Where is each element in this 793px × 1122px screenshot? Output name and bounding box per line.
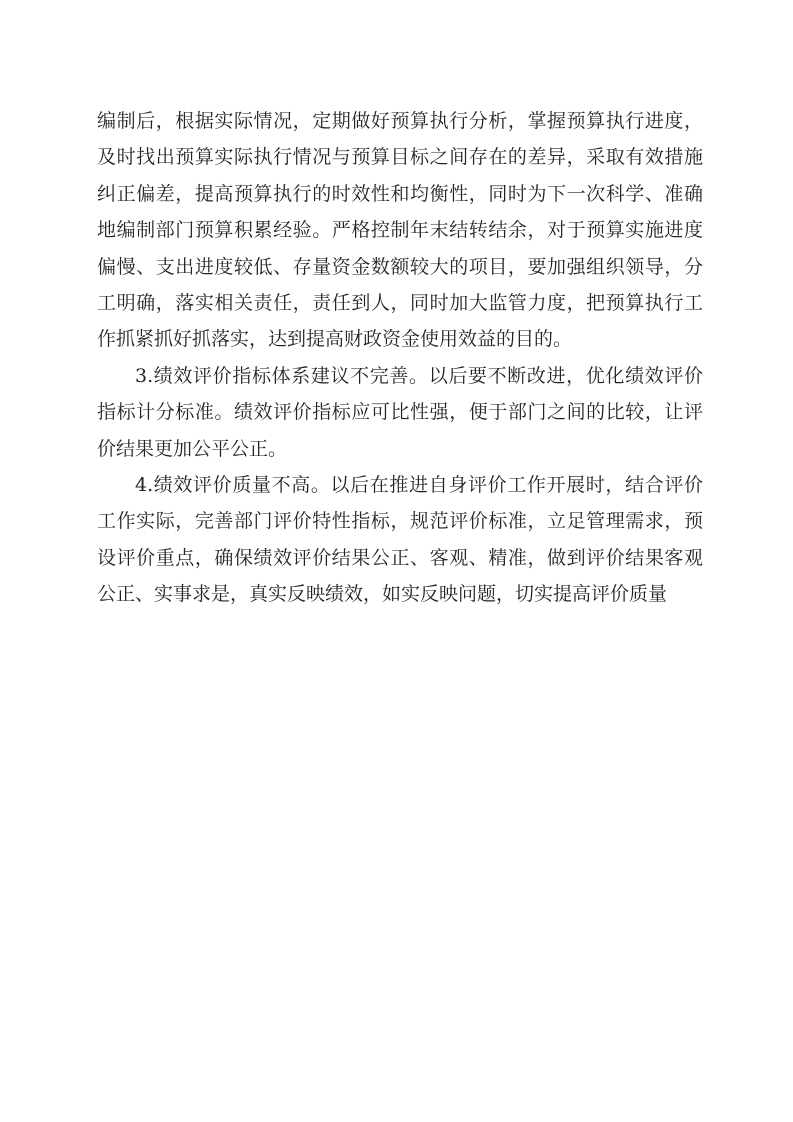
paragraph-item-3-indicator-system: 3.绩效评价指标体系建议不完善。以后要不断改进，优化绩效评价指标计分标准。绩效评… [97, 358, 703, 467]
paragraph-budget-execution: 编制后，根据实际情况，定期做好预算执行分析，掌握预算执行进度，及时找出预算实际执… [97, 103, 703, 358]
document-page: 编制后，根据实际情况，定期做好预算执行分析，掌握预算执行进度，及时找出预算实际执… [97, 103, 703, 613]
paragraph-item-4-evaluation-quality: 4.绩效评价质量不高。以后在推进自身评价工作开展时，结合评价工作实际，完善部门评… [97, 467, 703, 613]
